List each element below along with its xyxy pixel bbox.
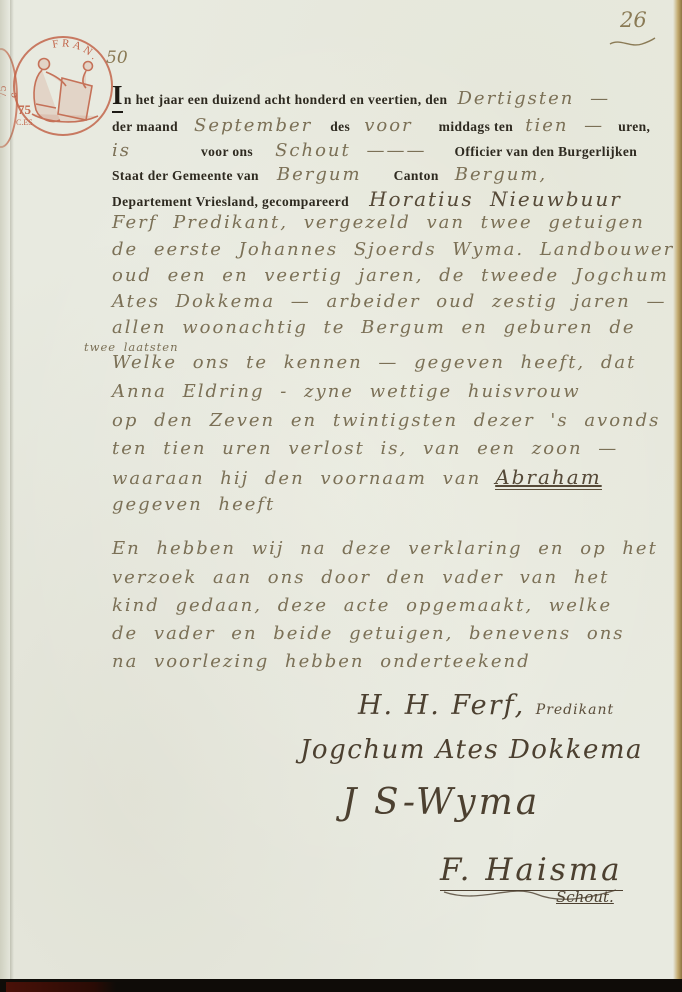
handwritten-hour: tien — <box>525 115 604 136</box>
signature-ferf: H. H. Ferf, Predikant <box>358 690 614 721</box>
left-fold-line <box>10 0 14 979</box>
handwritten-text: de vader en beide getuigen, benevens ons <box>112 623 625 644</box>
printed-text: Canton <box>394 168 439 183</box>
birth-certificate-scan: FRAN. 75 C.ES 75 c 50 26 <box>0 0 682 992</box>
handwritten-mother-name: Anna Eldring - zyne wettige huisvrouw <box>112 381 581 402</box>
document-line-11: Welke ons te kennen — gegeven heeft, dat <box>112 352 636 373</box>
handwritten-text: allen woonachtig te Bergum en geburen de <box>112 317 636 338</box>
printed-text: n het jaar een duizend acht honderd en v… <box>124 92 448 107</box>
printed-text: des <box>330 119 350 134</box>
handwritten-text: op den Zeven en twintigsten dezer 's avo… <box>112 410 660 431</box>
handwritten-text: kind gedaan, deze acte opgemaakt, welke <box>112 595 612 616</box>
drop-cap: I <box>112 80 123 113</box>
handwritten-month: September <box>194 115 312 136</box>
document-line-21: na voorlezing hebben onderteekend <box>112 651 531 672</box>
document-line-4: Staat der Gemeente van Bergum Canton Ber… <box>112 164 547 185</box>
handwritten-is: is <box>112 140 131 161</box>
document-line-2: der maand September des voor middags ten… <box>112 115 650 136</box>
document-line-20: de vader en beide getuigen, benevens ons <box>112 623 625 644</box>
stamp-denomination: 75 <box>18 102 32 117</box>
document-line-14: ten tien uren verlost is, van een zoon — <box>112 438 618 459</box>
printed-text: voor ons <box>201 144 253 159</box>
signature-wyma: J S-Wyma <box>342 782 540 823</box>
handwritten-text: En hebben wij na deze verklaring en op h… <box>112 538 658 559</box>
document-line-16: gegeven heeft <box>112 494 275 515</box>
handwritten-canton: Bergum, <box>455 164 547 185</box>
handwritten-text: Ferf Predikant, vergezeld van twee getui… <box>112 212 645 233</box>
document-line-9: Ates Dokkema — arbeider oud zestig jaren… <box>112 291 666 312</box>
signature-dokkema: Jogchum Ates Dokkema <box>300 735 643 765</box>
printed-text: Departement Vriesland, gecompareerd <box>112 194 349 209</box>
revenue-stamp-icon: FRAN. 75 C.ES <box>6 28 122 146</box>
handwritten-voor: voor <box>364 115 412 136</box>
handwritten-text: Welke ons te kennen — gegeven heeft, dat <box>112 352 636 373</box>
document-line-19: kind gedaan, deze acte opgemaakt, welke <box>112 595 612 616</box>
printed-text: middags ten <box>439 119 514 134</box>
handwritten-text: gegeven heeft <box>112 494 275 515</box>
printed-text: Staat der Gemeente van <box>112 168 259 183</box>
handwritten-text: waaraan hij den voornaam van <box>112 468 481 489</box>
folio-number: 26 <box>620 8 647 32</box>
document-line-17: En hebben wij na deze verklaring en op h… <box>112 538 658 559</box>
signature-ferf-name: H. H. Ferf, <box>358 690 525 721</box>
right-page-edge <box>673 0 682 979</box>
handwritten-day: Dertigsten — <box>457 88 610 109</box>
handwritten-gemeente: Bergum <box>277 164 362 185</box>
signature-flourish <box>440 882 620 908</box>
flourish-mark <box>608 36 658 50</box>
handwritten-text: Ates Dokkema — arbeider oud zestig jaren… <box>112 291 666 312</box>
left-page-shade <box>0 0 10 979</box>
bottom-edge-tint <box>6 982 116 992</box>
handwritten-text: de eerste Johannes Sjoerds Wyma. Landbou… <box>112 239 674 260</box>
handwritten-schout: Schout ——— <box>275 140 426 161</box>
handwritten-text: oud een en veertig jaren, de tweede Jogc… <box>112 265 669 286</box>
document-line-18: verzoek aan ons door den vader van het <box>112 567 609 588</box>
svg-text:FRAN.: FRAN. <box>51 37 101 64</box>
document-line-5: Departement Vriesland, gecompareerd Hora… <box>112 187 622 211</box>
document-line-3: is voor ons Schout ——— Officier van den … <box>112 140 637 161</box>
handwritten-text: verzoek aan ons door den vader van het <box>112 567 609 588</box>
document-line-6: Ferf Predikant, vergezeld van twee getui… <box>112 212 645 233</box>
document-line-13: op den Zeven en twintigsten dezer 's avo… <box>112 410 660 431</box>
document-line-12: Anna Eldring - zyne wettige huisvrouw <box>112 381 581 402</box>
printed-text: uren, <box>618 119 650 134</box>
act-number: 50 <box>106 48 128 68</box>
document-line-8: oud een en veertig jaren, de tweede Jogc… <box>112 265 669 286</box>
handwritten-text: na voorlezing hebben onderteekend <box>112 651 531 672</box>
bottom-page-edge <box>0 979 682 992</box>
printed-text: Officier van den Burgerlijken <box>454 144 637 159</box>
revenue-stamp: FRAN. 75 C.ES <box>6 28 122 146</box>
document-line-10: allen woonachtig te Bergum en geburen de <box>112 317 636 338</box>
printed-text: der maand <box>112 119 178 134</box>
handwritten-declarant-name: Horatius Nieuwbuur <box>369 187 622 211</box>
document-line-1: In het jaar een duizend acht honderd en … <box>112 86 610 109</box>
signature-dokkema-name: Jogchum Ates Dokkema <box>300 735 643 765</box>
signature-wyma-name: J S-Wyma <box>342 782 540 823</box>
signature-ferf-title: Predikant <box>536 702 614 718</box>
handwritten-text: ten tien uren verlost is, van een zoon — <box>112 438 618 459</box>
stamp-denomination-unit: C.ES <box>16 118 33 127</box>
document-line-15: waaraan hij den voornaam van Abraham <box>112 465 602 489</box>
document-line-7: de eerste Johannes Sjoerds Wyma. Landbou… <box>112 239 674 260</box>
handwritten-child-name: Abraham <box>495 465 602 490</box>
stamp-arc-text: FRAN. <box>51 37 101 64</box>
